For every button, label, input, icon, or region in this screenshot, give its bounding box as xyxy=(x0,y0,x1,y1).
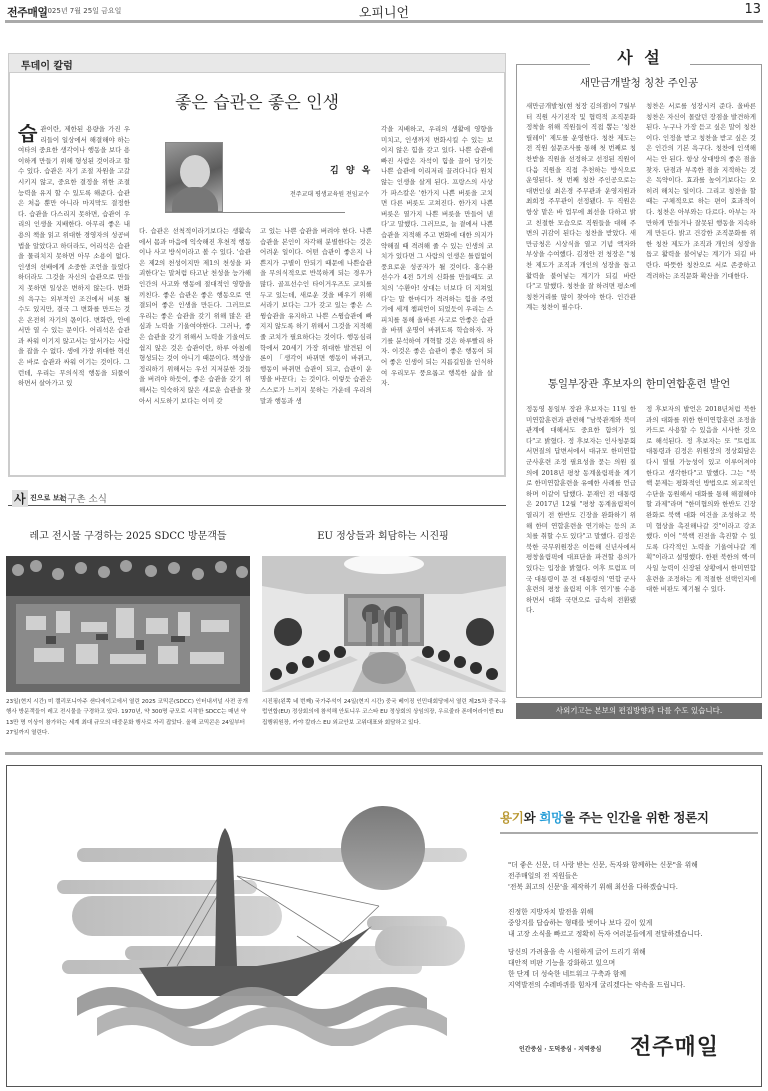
photo-description-2: 시진핑(왼쪽 네 번째) 국가주석이 24일(현지 시간) 중국 베이징 인민대… xyxy=(262,697,508,728)
photo-news-header: 사 진으로 보는 지구촌 소식 xyxy=(8,490,506,506)
column-title: 좋은 습관은 좋은 인생 xyxy=(8,88,506,113)
ad-slogan: 인간중심 · 도덕중심 · 지역중심 xyxy=(519,1044,601,1053)
today-column-label: 투데이 칼럼 xyxy=(21,57,73,72)
meeting-image-icon xyxy=(262,556,506,692)
column-text-1: 습관이란, 제한된 용량을 가진 우리들이 일상에서 해결해야 하는 여타의 중… xyxy=(18,124,130,470)
editorial-title-1: 새만금개발청 칭찬 주인공 xyxy=(516,75,762,90)
ad-logo: 전주매일 xyxy=(630,1030,719,1061)
ad-headline: 용기와 희망을 주는 인간을 위한 정론지 xyxy=(500,808,709,826)
photo-caption-2: EU 정상들과 회담하는 시진핑 xyxy=(258,527,508,542)
editorial-label: 사 설 xyxy=(590,45,690,68)
ad-headline-hope: 희망 xyxy=(539,810,563,825)
page-number: 13 xyxy=(744,2,761,17)
section-title: 오피니언 xyxy=(5,2,763,21)
photo-caption-1: 레고 전시물 구경하는 2025 SDCC 방문객들 xyxy=(3,527,253,542)
contributor-notice: 사외기고는 본보의 편집방향과 다를 수도 있습니다. xyxy=(516,703,762,719)
section-divider xyxy=(5,752,763,755)
author-affiliation: 전주교대 평생교육원 전임교수 xyxy=(290,189,369,198)
author-name: 김 양 옥 xyxy=(330,163,372,176)
page-header: 전주매일 2025년 7월 25일 금요일 오피니언 13 xyxy=(5,0,763,22)
editorial-1-text-1: 새만금개발청(현 청장 김의겸)이 7월부터 직원 사기진작 및 협력적 조직문… xyxy=(526,101,636,365)
dropcap: 습 xyxy=(18,124,37,142)
author-divider xyxy=(165,212,345,213)
ad-paragraph-3: 당신의 가려움을 속 시원하게 긁어 드리기 위해 대안적 비판 기능을 강화하… xyxy=(508,947,685,991)
column-text-3: 고 있는 나쁜 습관을 버려야 한다. 나쁜 습관을 본인이 자각해 분별한다는… xyxy=(260,226,372,472)
photo-news-label-rest: 지구촌 소식 xyxy=(58,491,107,505)
ad-paragraph-2: 진정한 지방자치 발전을 위해 중앙지를 답습하는 형태를 벗어나 보다 깊이 … xyxy=(508,907,703,940)
editorial-title-2: 통일부장관 후보자의 한미연합훈련 발언 xyxy=(516,376,762,391)
header-divider xyxy=(5,20,763,23)
editorial-2-text-1: 정동영 통일부 장관 후보자는 11일 한미연합훈련과 관련해 "남북관계와 북… xyxy=(526,404,636,690)
editorial-2-text-2: 정 후보자의 발언은 2018년처럼 북한과의 대화를 위한 한미연합훈련 조정… xyxy=(646,404,756,690)
author-face xyxy=(180,155,210,189)
ad-headline-courage: 용기 xyxy=(500,810,524,825)
column-text-2: 다. 습관은 선척적이라기보다는 생활속에서 몸과 마음에 익숙해진 후천적 행… xyxy=(139,226,251,472)
ship-illustration-icon xyxy=(27,796,477,1046)
photo-news-label-big: 사 xyxy=(12,490,28,507)
photo-description-1: 23일(현지 시간) 미 캘리포니아주 샌디에이고에서 열린 2025 코믹콘(… xyxy=(6,697,252,738)
author-body xyxy=(172,187,218,213)
crowd-image-icon xyxy=(6,556,250,692)
ad-divider xyxy=(500,832,758,834)
photo-eu-summit xyxy=(262,556,506,692)
editorial-1-text-2: 칭찬은 서로를 성장시켜 준다. 올바른 칭찬은 자신이 몰랐던 장점을 발견하… xyxy=(646,101,756,365)
author-photo xyxy=(165,142,223,212)
column-text-4: 각을 지배하고, 우리의 생활에 영향을 미치고, 인생까지 변화시킬 수 있는… xyxy=(381,124,493,470)
ad-paragraph-1: "더 좋은 신문, 더 사랑 받는 신문, 독자와 함께하는 신문"을 위해 전… xyxy=(508,860,698,893)
photo-lego-exhibit xyxy=(6,556,250,692)
today-column-header: 투데이 칼럼 xyxy=(8,53,506,73)
